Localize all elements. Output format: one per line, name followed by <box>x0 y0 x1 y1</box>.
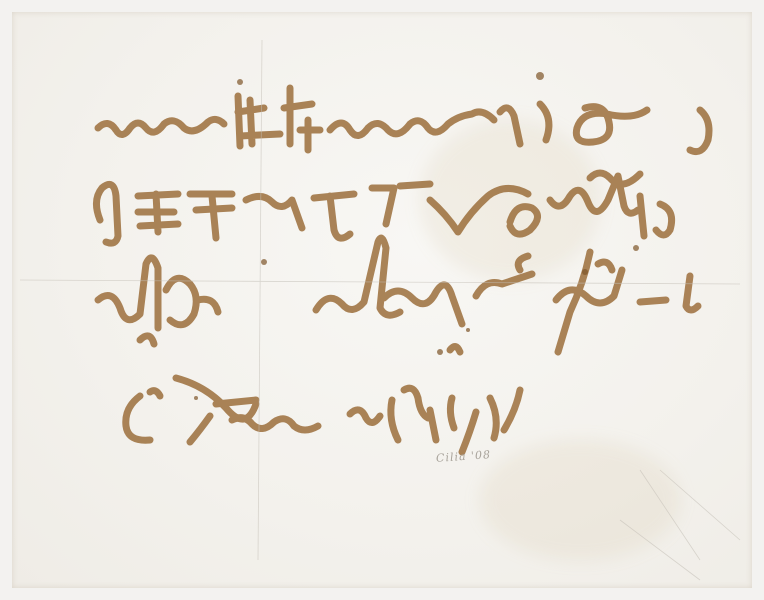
ink-scrawl <box>0 0 764 600</box>
artwork: Cilia '08 <box>0 0 764 600</box>
